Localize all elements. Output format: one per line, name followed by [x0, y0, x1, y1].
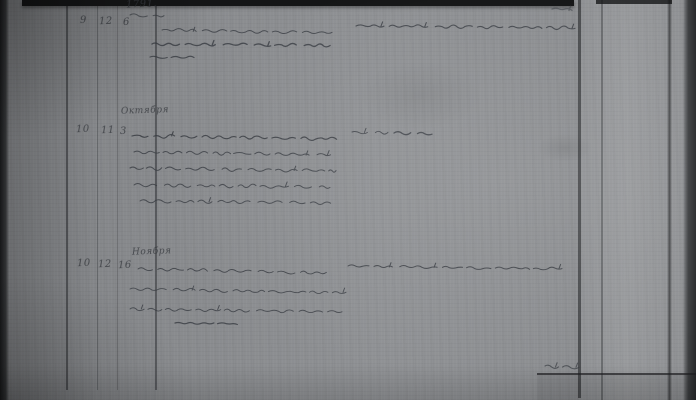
handwriting-line [138, 268, 326, 274]
handwritten-text: 10 [77, 259, 91, 269]
handwriting-line [130, 305, 342, 313]
handwriting-line [348, 263, 562, 270]
ledger-photo: 1791. 9126Октября10113Ноября101216 [0, 0, 696, 400]
handwritten-text: 6 [123, 18, 130, 28]
handwritten-text: Октября [121, 106, 169, 117]
handwriting-line [130, 286, 346, 294]
handwriting-line [552, 6, 572, 10]
handwritten-text: 12 [99, 17, 113, 27]
handwriting-line [545, 363, 579, 369]
handwriting-line [352, 128, 388, 134]
handwriting-line [132, 132, 337, 141]
handwriting-line [140, 198, 331, 205]
handwritten-text: Ноября [132, 247, 172, 257]
handwritten-text: 12 [98, 260, 112, 270]
handwriting-line [356, 22, 575, 30]
handwriting-line [130, 166, 336, 172]
handwritten-text: 16 [118, 261, 132, 271]
handwritten-text: 10 [76, 125, 90, 135]
table-rule-vertical-4 [155, 6, 157, 390]
film-edge-left [0, 0, 9, 400]
binding-fold-shadow [667, 0, 672, 400]
handwriting-line [134, 151, 331, 156]
handwriting-line [175, 322, 237, 324]
handwriting-line [394, 132, 432, 135]
handwriting-line [162, 27, 332, 33]
film-edge-top-right [596, 0, 672, 4]
film-edge-top [22, 0, 574, 6]
table-rule-vertical-2 [97, 6, 98, 390]
page-bottom-shadow [537, 375, 696, 400]
year-heading: 1791. [126, 0, 157, 11]
handwriting-line [152, 41, 330, 47]
table-rule-vertical-3 [117, 6, 118, 390]
film-edge-right [683, 0, 696, 400]
handwritten-text: 9 [80, 16, 87, 26]
fold-crease-line [601, 0, 603, 400]
handwriting-line [134, 182, 330, 188]
handwritten-text: 3 [120, 127, 127, 137]
page-right-edge [578, 0, 581, 398]
table-rule-vertical-1 [66, 6, 68, 390]
handwriting-line [130, 14, 164, 17]
handwritten-text: 11 [101, 126, 115, 136]
